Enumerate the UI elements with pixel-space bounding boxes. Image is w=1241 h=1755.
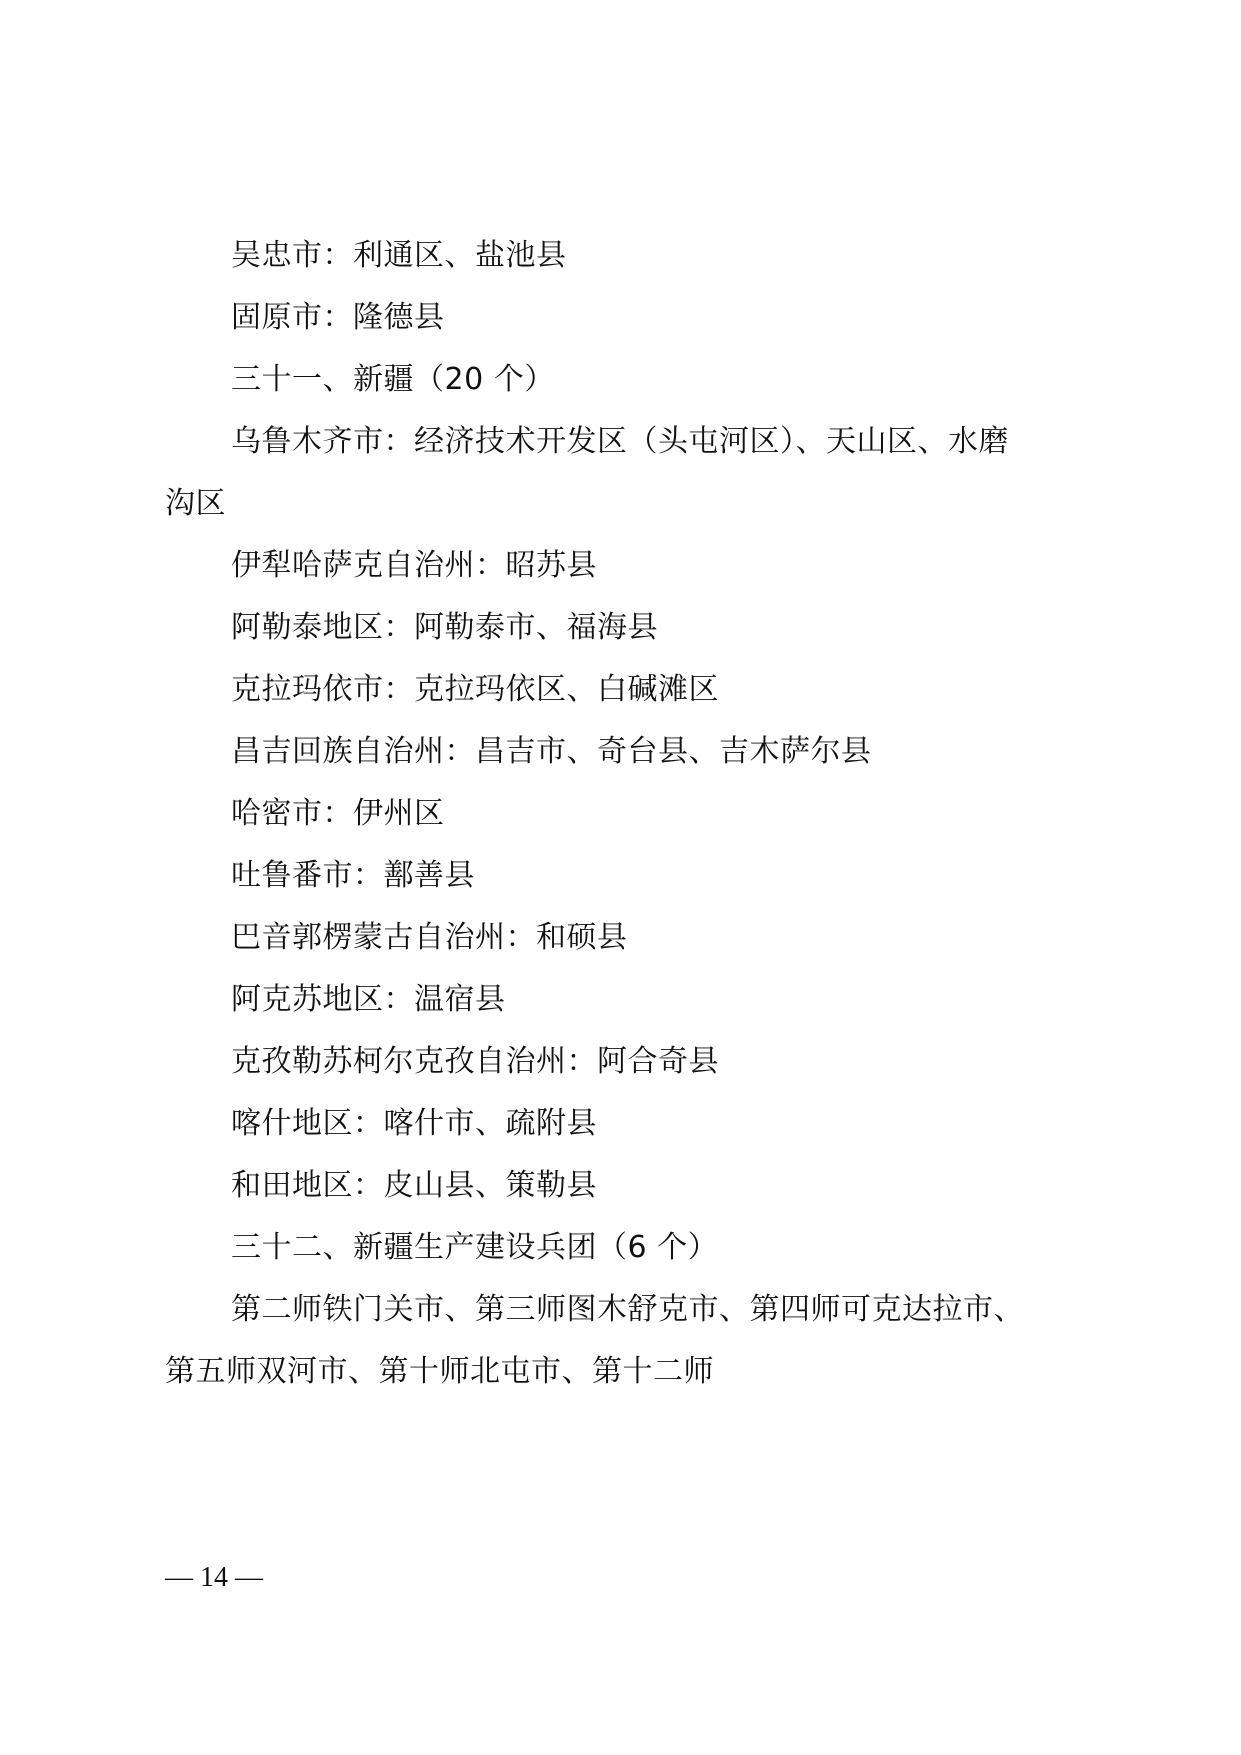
entry-guyuan: 固原市：隆德县 xyxy=(231,298,445,338)
entry-changji: 昌吉回族自治州：昌吉市、奇台县、吉木萨尔县 xyxy=(231,732,872,772)
entry-xpcc-divisions-continued: 第五师双河市、第十师北屯市、第十二师 xyxy=(165,1352,714,1392)
entry-urumqi: 乌鲁木齐市：经济技术开发区（头屯河区）、天山区、水磨 xyxy=(231,422,1009,462)
entry-urumqi-continued: 沟区 xyxy=(165,484,226,524)
entry-bayingolin: 巴音郭楞蒙古自治州：和硕县 xyxy=(231,918,628,958)
entry-hotan: 和田地区：皮山县、策勒县 xyxy=(231,1166,597,1206)
entry-xpcc-divisions: 第二师铁门关市、第三师图木舒克市、第四师可克达拉市、 xyxy=(231,1290,1024,1330)
section-heading-xinjiang: 三十一、新疆（20 个） xyxy=(231,360,555,400)
document-page: 吴忠市：利通区、盐池县 固原市：隆德县 三十一、新疆（20 个） 乌鲁木齐市：经… xyxy=(0,0,1241,1755)
entry-ili: 伊犁哈萨克自治州：昭苏县 xyxy=(231,546,597,586)
entry-altay: 阿勒泰地区：阿勒泰市、福海县 xyxy=(231,608,658,648)
page-number: — 14 — xyxy=(165,1560,263,1596)
entry-turpan: 吐鲁番市：鄯善县 xyxy=(231,856,475,896)
section-heading-xpcc: 三十二、新疆生产建设兵团（6 个） xyxy=(231,1228,718,1268)
entry-wuzhong: 吴忠市：利通区、盐池县 xyxy=(231,236,567,276)
entry-aksu: 阿克苏地区：温宿县 xyxy=(231,980,506,1020)
entry-hami: 哈密市：伊州区 xyxy=(231,794,445,834)
entry-kashgar: 喀什地区：喀什市、疏附县 xyxy=(231,1104,597,1144)
entry-karamay: 克拉玛依市：克拉玛依区、白碱滩区 xyxy=(231,670,719,710)
entry-kizilsu: 克孜勒苏柯尔克孜自治州：阿合奇县 xyxy=(231,1042,719,1082)
